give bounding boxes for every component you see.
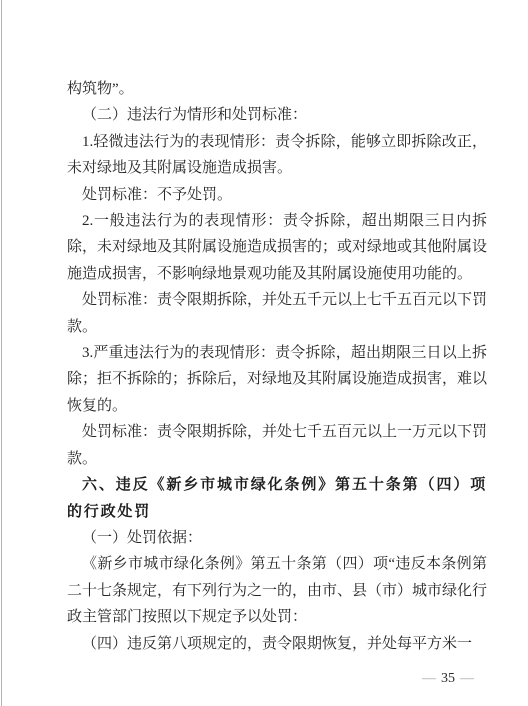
section-heading: 六、违反《新乡市城市绿化条例》第五十条第（四）项的行政处罚 bbox=[67, 472, 487, 525]
paragraph: 处罚标准：责令限期拆除，并处五千元以上七千五百元以下罚款。 bbox=[67, 287, 487, 340]
paragraph: 《新乡市城市绿化条例》第五十条第（四）项“违反本条例第二十七条规定，有下列行为之… bbox=[67, 551, 487, 630]
paragraph: 处罚标准：责令限期拆除，并处七千五百元以上一万元以下罚款。 bbox=[67, 419, 487, 472]
paragraph: 3.严重违法行为的表现情形：责令拆除，超出期限三日以上拆除；拒不拆除的；拆除后，… bbox=[67, 340, 487, 419]
paragraph: 1.轻微违法行为的表现情形：责令拆除，能够立即拆除改正，未对绿地及其附属设施造成… bbox=[67, 129, 487, 182]
paragraph: 处罚标准：不予处罚。 bbox=[67, 182, 487, 208]
scan-edge-line bbox=[1, 0, 2, 706]
paragraph: （一）处罚依据： bbox=[67, 525, 487, 551]
page-number: 35 bbox=[441, 671, 455, 686]
footer-dash-left: — bbox=[422, 671, 436, 686]
document-body: 构筑物”。（二）违法行为情形和处罚标准：1.轻微违法行为的表现情形：责令拆除，能… bbox=[67, 76, 487, 657]
document-page: 构筑物”。（二）违法行为情形和处罚标准：1.轻微违法行为的表现情形：责令拆除，能… bbox=[0, 0, 528, 706]
paragraph: 构筑物”。 bbox=[67, 76, 487, 102]
paragraph: 2.一般违法行为的表现情形：责令拆除，超出期限三日内拆除，未对绿地及其附属设施造… bbox=[67, 208, 487, 287]
paragraph: （二）违法行为情形和处罚标准： bbox=[67, 102, 487, 128]
paragraph: （四）违反第八项规定的，责令限期恢复，并处每平方米一 bbox=[67, 631, 487, 657]
footer-dash-right: — bbox=[460, 671, 474, 686]
page-footer: —35— bbox=[422, 671, 474, 687]
